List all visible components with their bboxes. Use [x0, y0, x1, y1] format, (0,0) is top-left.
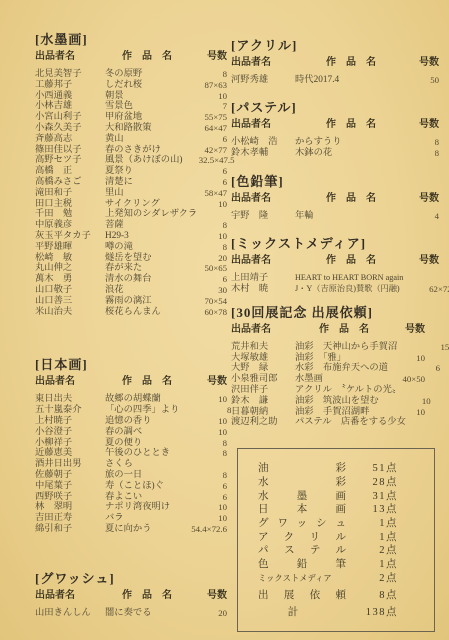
work-title: 油彩 筑波山を望む: [295, 396, 379, 407]
table-row: 林 翠明ナポリ湾夜明け10: [35, 502, 227, 513]
size-value: 10: [373, 407, 425, 418]
work-title: 油彩 「雅」: [295, 353, 373, 364]
size-value: 42×77: [175, 145, 227, 156]
table-row: 滝田和子里山58×47: [35, 188, 227, 199]
work-title: 油彩 手賀沼湖畔: [295, 407, 373, 418]
work-title: J・Y（吉原治良)賛歌（円融): [295, 284, 400, 295]
table-row: 篠田佳以子春のさきがけ42×77: [35, 145, 227, 156]
section-request: [30回展記念 出展依頼]出品者名作 品 名号数荒井和夫油彩 天神山から手賀沼1…: [231, 305, 439, 428]
summary-value: 138点: [366, 606, 398, 620]
table-row: 上田靖子HEART to HEART BORN again: [231, 273, 439, 284]
table-row: 山口善三霧雨の漓江70×54: [35, 296, 227, 307]
size-value: 10: [175, 394, 227, 405]
size-value: 8: [175, 220, 227, 231]
artist-name: 山口善三: [35, 296, 105, 307]
work-title: さくら: [105, 459, 175, 470]
header-size-number: 号数: [401, 119, 439, 131]
artist-name: 高野セツ子: [35, 155, 105, 166]
size-value: 87×63: [175, 80, 227, 91]
section-pastel: [パステル]出品者名作 品 名号数小松崎 浩からすうり8鈴木孝輔木鉢の花8: [231, 100, 439, 159]
artist-name: 西野咲子: [35, 492, 105, 503]
artist-name: 小泉雅司郎: [231, 374, 295, 385]
artist-name: 小林吉雄: [35, 101, 105, 112]
artist-name: 中尾葉子: [35, 481, 105, 492]
artist-name: 河野秀雄: [231, 75, 295, 86]
artist-name: 丸山伸之: [35, 263, 105, 274]
size-value: 50: [387, 75, 439, 86]
artist-name: 大野 緑: [231, 363, 295, 374]
work-title: HEART to HEART BORN again: [295, 273, 403, 284]
table-row: 丸山伸之春が来た50×65: [35, 263, 227, 274]
summary-value: 1点: [379, 558, 398, 572]
artist-name: 工藤邦子: [35, 80, 105, 91]
section-pencil: [色鉛筆]出品者名作 品 名号数宇野 隆年輪4: [231, 174, 439, 222]
header-work-title: 作 品 名: [105, 51, 189, 63]
size-value: 58×47: [175, 188, 227, 199]
header-exhibitor-name: 出品者名: [231, 193, 301, 205]
work-title: 夏に向かう: [105, 524, 175, 535]
summary-label: パステル: [258, 544, 346, 558]
table-row: 工藤邦子しだれ桜87×63: [35, 80, 227, 91]
artist-name: 酒井日出男: [35, 459, 105, 470]
table-row: 中原義彦菩薩8: [35, 220, 227, 231]
table-row: 山口敬子浪花30: [35, 285, 227, 296]
section-mixed: [ミックストメディア]出品者名作 品 名号数上田靖子HEART to HEART…: [231, 236, 439, 295]
work-title: 上発知のシダレザクラ: [105, 209, 197, 220]
summary-value: 2点: [379, 572, 398, 586]
header-exhibitor-name: 出品者名: [35, 590, 105, 602]
table-row: 佐藤朝子旅の一日8: [35, 470, 227, 481]
section-nihonga: [日本画]出品者名作 品 名号数東日出夫故郷の胡蝶蘭10五十嵐泰介「心の四季」よ…: [35, 357, 227, 534]
work-title: 水彩 布施弁天への道: [295, 363, 388, 374]
table-row: 吉田正寿バラ10: [35, 513, 227, 524]
summary-value: 1点: [379, 517, 398, 531]
size-value: 32.5×47.5: [182, 155, 234, 166]
artist-name: 渡辺利之助: [231, 417, 295, 428]
summary-label: 色鉛筆: [258, 558, 346, 572]
size-value: 8: [175, 242, 227, 253]
totals-box: 油彩51点水彩28点水墨画31点日本画13点グワッシュ1点アクリル1点パステル2…: [237, 448, 435, 632]
table-row: 萬木 勇清水の舞台6: [35, 274, 227, 285]
work-title: バラ: [105, 513, 175, 524]
work-title: 噂の滝: [105, 242, 175, 253]
artist-name: 佐藤朝子: [35, 470, 105, 481]
header-work-title: 作 品 名: [301, 119, 401, 131]
section-rows: 上田靖子HEART to HEART BORN again木村 暁J・Y（吉原治…: [231, 273, 439, 295]
work-title: 浪花: [105, 285, 175, 296]
work-title: からすうり: [295, 137, 387, 148]
artist-name: 北見美智子: [35, 69, 105, 80]
summary-label: アクリル: [258, 531, 346, 545]
artist-name: 小宮山利子: [35, 112, 105, 123]
header-size-number: 号数: [189, 376, 227, 388]
artist-name: 日暮朝納: [231, 407, 295, 418]
artist-name: 平野雄暉: [35, 242, 105, 253]
size-value: 70×54: [175, 296, 227, 307]
work-title: 燧岳を望む: [105, 253, 175, 264]
work-title: 雪景色: [105, 101, 175, 112]
table-row: 小柳祥子夏の便り8: [35, 438, 227, 449]
table-row: 高野セツ子風景（あけぼの山)32.5×47.5: [35, 155, 227, 166]
size-value: 8: [175, 448, 227, 459]
size-value: 8: [387, 148, 439, 159]
artist-name: 山田きんしん: [35, 608, 105, 619]
table-row: 綿引和子夏に向かう54.4×72.6: [35, 524, 227, 535]
section-rows: 東日出夫故郷の胡蝶蘭10五十嵐泰介「心の四季」より8上村暁子追憶の香り10小谷澄…: [35, 394, 227, 534]
header-exhibitor-name: 出品者名: [231, 57, 301, 69]
section-gouache: [グワッシュ]出品者名作 品 名号数山田きんしん闇に奏でる20: [35, 571, 227, 619]
artist-name: 篠田佳以子: [35, 145, 105, 156]
work-title: 春の調べ: [105, 427, 175, 438]
section-rows: 荒井和夫油彩 天神山から手賀沼15大塚敏雄油彩 「雅」10大野 緑水彩 布施弁天…: [231, 342, 439, 428]
column-headers: 出品者名作 品 名号数: [35, 590, 227, 602]
summary-label: 水彩: [258, 476, 346, 490]
artist-name: 沢田伴子: [231, 385, 295, 396]
artist-name: 大塚敏雄: [231, 353, 295, 364]
size-value: 10: [175, 502, 227, 513]
summary-row: グワッシュ1点: [258, 517, 398, 531]
work-title: 旅の一日: [105, 470, 175, 481]
section-rows: 小松崎 浩からすうり8鈴木孝輔木鉢の花8: [231, 137, 439, 159]
size-value: 10: [175, 416, 227, 427]
summary-row: パステル2点: [258, 544, 398, 558]
artist-name: 松崎 敏: [35, 253, 105, 264]
table-row: 日暮朝納油彩 手賀沼湖畔10: [231, 407, 439, 418]
size-value: 20: [175, 608, 227, 619]
work-title: 黄山: [105, 134, 175, 145]
size-value: 60×78: [175, 307, 227, 318]
size-value: 30: [175, 285, 227, 296]
section-rows: 山田きんしん闇に奏でる20: [35, 608, 227, 619]
table-row: 小泉雅司郎水墨画40×50: [231, 374, 439, 385]
summary-row: ミックストメディア2点: [258, 572, 398, 586]
column-headers: 出品者名作 品 名号数: [35, 51, 227, 63]
work-title: 寿（ことほ)ぐ: [105, 481, 175, 492]
work-title: アクリル 〝ケルトの光〟: [295, 385, 401, 396]
table-row: 斉藤高志黄山6: [35, 134, 227, 145]
table-row: 北見美智子冬の原野8: [35, 69, 227, 80]
size-value: 6: [401, 385, 449, 396]
work-title: 時代2017.4: [295, 75, 387, 86]
size-value: 62×72: [400, 284, 449, 295]
scanned-exhibition-list-page: [水墨画]出品者名作 品 名号数北見美智子冬の原野8工藤邦子しだれ桜87×63小…: [0, 0, 449, 640]
work-title: 夏祭り: [105, 166, 175, 177]
work-title: 冬の原野: [105, 69, 175, 80]
table-row: 鈴木孝輔木鉢の花8: [231, 148, 439, 159]
artist-name: 鈴木 謙: [231, 396, 295, 407]
work-title: 春よこい: [105, 492, 175, 503]
artist-name: 吉田正寿: [35, 513, 105, 524]
artist-name: 鈴木孝輔: [231, 148, 295, 159]
summary-row: 色鉛筆1点: [258, 558, 398, 572]
artist-name: 小松崎 浩: [231, 137, 295, 148]
summary-value: 2点: [379, 544, 398, 558]
artist-name: 五十嵐泰介: [35, 405, 105, 416]
section-rows: 宇野 隆年輪4: [231, 211, 439, 222]
artist-name: 小柳祥子: [35, 438, 105, 449]
summary-value: 31点: [373, 490, 399, 504]
section-rows: 河野秀雄時代2017.450: [231, 75, 439, 86]
artist-name: 綿引和子: [35, 524, 105, 535]
summary-label: 日本画: [258, 503, 346, 517]
work-title: 桜花らんまん: [105, 307, 175, 318]
artist-name: 上村暁子: [35, 416, 105, 427]
size-value: 10: [175, 91, 227, 102]
work-title: 朝景: [105, 91, 175, 102]
table-row: 小西通義朝景10: [35, 91, 227, 102]
table-row: 宇野 隆年輪4: [231, 211, 439, 222]
size-value: 20: [175, 253, 227, 264]
table-row: 平野雄暉噂の滝8: [35, 242, 227, 253]
work-title: 闇に奏でる: [105, 608, 175, 619]
summary-label: 計: [258, 606, 328, 620]
artist-name: 小森久美子: [35, 123, 105, 134]
size-value: 64×47: [175, 123, 227, 134]
section-title: [日本画]: [35, 357, 227, 373]
table-row: 大野 緑水彩 布施弁天への道6: [231, 363, 439, 374]
work-title: 春が来た: [105, 263, 175, 274]
summary-label: ミックストメディア: [258, 572, 346, 586]
column-headers: 出品者名作 品 名号数: [231, 324, 439, 336]
work-title: 木鉢の花: [295, 148, 387, 159]
table-row: 上村暁子追憶の香り10: [35, 416, 227, 427]
size-value: 7: [175, 101, 227, 112]
header-work-title: 作 品 名: [105, 590, 189, 602]
table-row: 小谷澄子春の調べ10: [35, 427, 227, 438]
header-size-number: 号数: [189, 590, 227, 602]
artist-name: 近藤恵美: [35, 448, 105, 459]
artist-name: 小西通義: [35, 91, 105, 102]
size-value: 10: [175, 427, 227, 438]
table-row: 小林吉雄雪景色7: [35, 101, 227, 112]
work-title: H29-3: [105, 231, 175, 242]
artist-name: 宇野 隆: [231, 211, 295, 222]
work-title: 追憶の香り: [105, 416, 175, 427]
artist-name: 萬木 勇: [35, 274, 105, 285]
header-size-number: 号数: [387, 324, 425, 336]
artist-name: 小谷澄子: [35, 427, 105, 438]
work-title: 風景（あけぼの山): [105, 155, 182, 166]
table-row: 灰玉平タカ子H29-310: [35, 231, 227, 242]
section-suiboku: [水墨画]出品者名作 品 名号数北見美智子冬の原野8工藤邦子しだれ桜87×63小…: [35, 32, 227, 317]
size-value: 8: [175, 470, 227, 481]
header-work-title: 作 品 名: [301, 57, 401, 69]
table-row: 五十嵐泰介「心の四季」より8: [35, 405, 227, 416]
size-value: 40×50: [373, 374, 425, 385]
size-value: 10: [373, 353, 425, 364]
size-value: 50×65: [175, 263, 227, 274]
table-row: 東日出夫故郷の胡蝶蘭10: [35, 394, 227, 405]
section-title: [ミックストメディア]: [231, 236, 439, 252]
artist-name: 東日出夫: [35, 394, 105, 405]
size-value: 8: [175, 438, 227, 449]
size-value: 6: [175, 166, 227, 177]
table-row: 沢田伴子アクリル 〝ケルトの光〟6: [231, 385, 439, 396]
table-row: 大塚敏雄油彩 「雅」10: [231, 353, 439, 364]
table-row: 木村 暁J・Y（吉原治良)賛歌（円融)62×72: [231, 284, 439, 295]
table-row: 渡辺利之助パステル 店番をする少女20: [231, 417, 439, 428]
header-exhibitor-name: 出品者名: [231, 324, 301, 336]
size-value: 8: [387, 137, 439, 148]
summary-row: 日本画13点: [258, 503, 398, 517]
summary-label: 油彩: [258, 462, 346, 476]
left-column: [水墨画]出品者名作 品 名号数北見美智子冬の原野8工藤邦子しだれ桜87×63小…: [35, 32, 227, 618]
artist-name: 中原義彦: [35, 220, 105, 231]
size-value: [175, 459, 227, 470]
work-title: 春のさきがけ: [105, 145, 175, 156]
work-title: 菩薩: [105, 220, 175, 231]
section-title: [パステル]: [231, 100, 439, 116]
work-title: 清水の舞台: [105, 274, 175, 285]
work-title: 年輪: [295, 211, 387, 222]
size-value: 54.4×72.6: [175, 524, 227, 535]
table-row: 千田 勉上発知のシダレザクラ: [35, 209, 227, 220]
size-value: 20: [406, 417, 449, 428]
artist-name: 灰玉平タカ子: [35, 231, 105, 242]
section-title: [グワッシュ]: [35, 571, 227, 587]
table-row: 松崎 敏燧岳を望む20: [35, 253, 227, 264]
summary-value: 13点: [373, 503, 399, 517]
table-row: 小宮山利子甲府盆地55×75: [35, 112, 227, 123]
work-title: パステル 店番をする少女: [295, 417, 406, 428]
table-row: 小松崎 浩からすうり8: [231, 137, 439, 148]
summary-row: 計138点: [258, 606, 398, 620]
artist-name: 上田靖子: [231, 273, 295, 284]
table-row: 小森久美子大和路散策64×47: [35, 123, 227, 134]
size-value: 55×75: [175, 112, 227, 123]
summary-value: 1点: [379, 531, 398, 545]
summary-row: 水墨画31点: [258, 490, 398, 504]
table-row: 酒井日出男さくら: [35, 459, 227, 470]
work-title: 「心の四季」より: [105, 405, 179, 416]
table-row: 西野咲子春よこい6: [35, 492, 227, 503]
artist-name: 滝田和子: [35, 188, 105, 199]
work-title: 清楚に: [105, 177, 175, 188]
size-value: 10: [175, 199, 227, 210]
section-title: [30回展記念 出展依頼]: [231, 305, 439, 321]
section-title: [アクリル]: [231, 38, 439, 54]
column-headers: 出品者名作 品 名号数: [35, 376, 227, 388]
size-value: 6: [175, 274, 227, 285]
header-exhibitor-name: 出品者名: [231, 255, 301, 267]
header-work-title: 作 品 名: [301, 255, 401, 267]
work-title: 午後のひととき: [105, 448, 175, 459]
artist-name: 荒井和夫: [231, 342, 295, 353]
work-title: 甲府盆地: [105, 112, 175, 123]
work-title: 大和路散策: [105, 123, 175, 134]
summary-row: 油彩51点: [258, 462, 398, 476]
column-headers: 出品者名作 品 名号数: [231, 193, 439, 205]
section-title: [水墨画]: [35, 32, 227, 48]
work-title: サイクリング: [105, 199, 175, 210]
artist-name: 山口敬子: [35, 285, 105, 296]
work-title: 里山: [105, 188, 175, 199]
artist-name: 高橋 正: [35, 166, 105, 177]
table-row: 鈴木 謙油彩 筑波山を望む10: [231, 396, 439, 407]
section-title: [色鉛筆]: [231, 174, 439, 190]
header-size-number: 号数: [401, 57, 439, 69]
summary-value: 28点: [373, 476, 399, 490]
column-headers: 出品者名作 品 名号数: [231, 119, 439, 131]
size-value: 10: [379, 396, 431, 407]
header-size-number: 号数: [401, 193, 439, 205]
header-work-title: 作 品 名: [301, 324, 387, 336]
work-title: 故郷の胡蝶蘭: [105, 394, 175, 405]
summary-value: 8点: [379, 589, 398, 603]
header-exhibitor-name: 出品者名: [35, 51, 105, 63]
section-rows: 北見美智子冬の原野8工藤邦子しだれ桜87×63小西通義朝景10小林吉雄雪景色7小…: [35, 69, 227, 317]
summary-label: グワッシュ: [258, 517, 346, 531]
artist-name: 千田 勉: [35, 209, 105, 220]
table-row: 山田きんしん闇に奏でる20: [35, 608, 227, 619]
table-row: 中尾葉子寿（ことほ)ぐ6: [35, 481, 227, 492]
size-value: 10: [175, 231, 227, 242]
table-row: 河野秀雄時代2017.450: [231, 75, 439, 86]
summary-label: 出展依頼: [258, 589, 346, 603]
artist-name: 高橋みさご: [35, 177, 105, 188]
header-work-title: 作 品 名: [301, 193, 401, 205]
header-exhibitor-name: 出品者名: [231, 119, 301, 131]
column-headers: 出品者名作 品 名号数: [231, 255, 439, 267]
work-title: 油彩 天神山から手賀沼: [295, 342, 397, 353]
table-row: 田口主税サイクリング10: [35, 199, 227, 210]
header-size-number: 号数: [401, 255, 439, 267]
artist-name: 斉藤高志: [35, 134, 105, 145]
work-title: ナポリ湾夜明け: [105, 502, 175, 513]
artist-name: 田口主税: [35, 199, 105, 210]
size-value: 6: [175, 134, 227, 145]
summary-label: 水墨画: [258, 490, 346, 504]
size-value: 10: [175, 513, 227, 524]
size-value: 4: [387, 211, 439, 222]
size-value: 15: [397, 342, 449, 353]
summary-row: 出展依頼8点: [258, 589, 398, 603]
size-value: 8: [179, 405, 231, 416]
work-title: しだれ桜: [105, 80, 175, 91]
size-value: 6: [175, 481, 227, 492]
work-title: 夏の便り: [105, 438, 175, 449]
table-row: 荒井和夫油彩 天神山から手賀沼15: [231, 342, 439, 353]
right-column: [アクリル]出品者名作 品 名号数河野秀雄時代2017.450[パステル]出品者…: [231, 38, 439, 632]
work-title: 水墨画: [295, 374, 373, 385]
section-acrylic: [アクリル]出品者名作 品 名号数河野秀雄時代2017.450: [231, 38, 439, 86]
column-headers: 出品者名作 品 名号数: [231, 57, 439, 69]
summary-row: 水彩28点: [258, 476, 398, 490]
header-size-number: 号数: [189, 51, 227, 63]
table-row: 高橋みさご清楚に6: [35, 177, 227, 188]
table-row: 近藤恵美午後のひととき8: [35, 448, 227, 459]
header-exhibitor-name: 出品者名: [35, 376, 105, 388]
artist-name: 米山治夫: [35, 307, 105, 318]
summary-value: 51点: [373, 462, 399, 476]
table-row: 米山治夫桜花らんまん60×78: [35, 307, 227, 318]
summary-row: アクリル1点: [258, 531, 398, 545]
size-value: [403, 273, 449, 284]
header-work-title: 作 品 名: [105, 376, 189, 388]
work-title: 霧雨の漓江: [105, 296, 175, 307]
artist-name: 木村 暁: [231, 284, 295, 295]
size-value: 6: [175, 492, 227, 503]
artist-name: 林 翠明: [35, 502, 105, 513]
size-value: 8: [175, 69, 227, 80]
size-value: 6: [175, 177, 227, 188]
size-value: 6: [388, 363, 440, 374]
table-row: 高橋 正夏祭り6: [35, 166, 227, 177]
